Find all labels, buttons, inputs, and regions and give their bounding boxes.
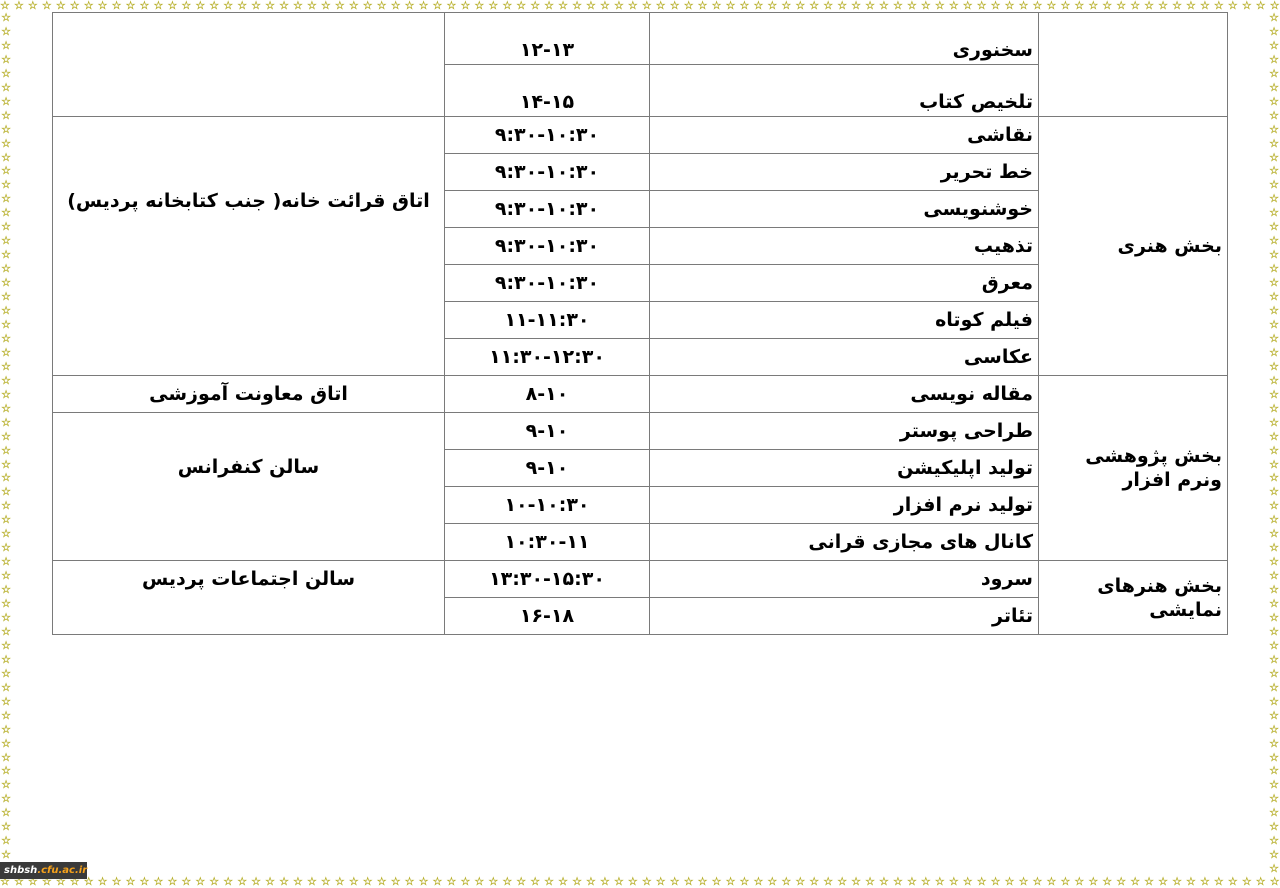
star-icon: ☆: [377, 876, 387, 888]
watermark-domain: .cfu.ac.ir: [37, 865, 87, 876]
star-icon: ☆: [991, 876, 1001, 888]
star-icon: ☆: [1172, 0, 1182, 12]
star-icon: ☆: [1, 165, 11, 177]
star-icon: ☆: [1, 68, 11, 80]
star-icon: ☆: [642, 876, 652, 888]
time-cell: ۹:۳۰-۱۰:۳۰: [445, 117, 650, 154]
star-icon: ☆: [977, 0, 987, 12]
section-cell: [1039, 13, 1228, 117]
star-icon: ☆: [433, 0, 443, 12]
star-icon: ☆: [1, 556, 11, 568]
star-icon: ☆: [1269, 277, 1279, 289]
activity-cell: سرود: [650, 561, 1039, 598]
star-icon: ☆: [502, 0, 512, 12]
activity-cell: تئاتر: [650, 598, 1039, 635]
star-icon: ☆: [140, 876, 150, 888]
star-icon: ☆: [586, 0, 596, 12]
time-cell: ۱۱-۱۱:۳۰: [445, 302, 650, 339]
star-icon: ☆: [1, 640, 11, 652]
activity-cell: تذهیب: [650, 228, 1039, 265]
star-icon: ☆: [1269, 849, 1279, 861]
star-icon: ☆: [1, 235, 11, 247]
star-icon: ☆: [1269, 403, 1279, 415]
star-icon: ☆: [1, 542, 11, 554]
star-icon: ☆: [1270, 0, 1280, 12]
star-icon: ☆: [670, 0, 680, 12]
star-icon: ☆: [460, 0, 470, 12]
section-cell-art: بخش هنری: [1039, 117, 1228, 376]
activity-cell: طراحی پوستر: [650, 413, 1039, 450]
star-icon: ☆: [1158, 0, 1168, 12]
star-icon: ☆: [1269, 779, 1279, 791]
star-icon: ☆: [963, 0, 973, 12]
star-icon: ☆: [1, 626, 11, 638]
star-icon: ☆: [823, 876, 833, 888]
star-icon: ☆: [140, 0, 150, 12]
star-icon: ☆: [1, 765, 11, 777]
star-icon: ☆: [167, 876, 177, 888]
star-icon: ☆: [1269, 361, 1279, 373]
star-icon: ☆: [1, 445, 11, 457]
star-icon: ☆: [879, 876, 889, 888]
star-icon: ☆: [1, 849, 11, 861]
star-icon: ☆: [167, 0, 177, 12]
activity-cell: تلخیص کتاب: [650, 65, 1039, 117]
star-border-top: ☆☆☆☆☆☆☆☆☆☆☆☆☆☆☆☆☆☆☆☆☆☆☆☆☆☆☆☆☆☆☆☆☆☆☆☆☆☆☆☆…: [0, 0, 1280, 12]
star-icon: ☆: [195, 0, 205, 12]
star-icon: ☆: [586, 876, 596, 888]
time-cell: ۱۱:۳۰-۱۲:۳۰: [445, 339, 650, 376]
star-icon: ☆: [488, 0, 498, 12]
star-icon: ☆: [98, 0, 108, 12]
star-icon: ☆: [1269, 668, 1279, 680]
star-icon: ☆: [405, 876, 415, 888]
star-icon: ☆: [447, 876, 457, 888]
star-icon: ☆: [1102, 876, 1112, 888]
star-icon: ☆: [795, 876, 805, 888]
star-icon: ☆: [865, 876, 875, 888]
star-icon: ☆: [1, 528, 11, 540]
star-icon: ☆: [1005, 0, 1015, 12]
star-icon: ☆: [84, 0, 94, 12]
star-icon: ☆: [363, 876, 373, 888]
star-icon: ☆: [419, 0, 429, 12]
star-icon: ☆: [433, 876, 443, 888]
star-icon: ☆: [1269, 612, 1279, 624]
star-icon: ☆: [851, 0, 861, 12]
star-icon: ☆: [781, 0, 791, 12]
star-icon: ☆: [949, 0, 959, 12]
star-icon: ☆: [1269, 765, 1279, 777]
star-icon: ☆: [1214, 0, 1224, 12]
star-icon: ☆: [1269, 710, 1279, 722]
star-icon: ☆: [209, 0, 219, 12]
star-icon: ☆: [1, 486, 11, 498]
star-icon: ☆: [544, 876, 554, 888]
star-icon: ☆: [1, 807, 11, 819]
star-icon: ☆: [1074, 0, 1084, 12]
location-cell-conference-hall: سالن کنفرانس: [53, 413, 445, 561]
star-icon: ☆: [1269, 724, 1279, 736]
time-cell: ۹:۳۰-۱۰:۳۰: [445, 265, 650, 302]
star-border-left: ☆☆☆☆☆☆☆☆☆☆☆☆☆☆☆☆☆☆☆☆☆☆☆☆☆☆☆☆☆☆☆☆☆☆☆☆☆☆☆☆…: [0, 12, 12, 876]
star-icon: ☆: [865, 0, 875, 12]
time-cell: ۱۳:۳۰-۱۵:۳۰: [445, 561, 650, 598]
star-icon: ☆: [656, 0, 666, 12]
location-cell-assembly-hall: سالن اجتماعات پردیس: [53, 561, 445, 635]
star-icon: ☆: [753, 876, 763, 888]
star-icon: ☆: [1, 668, 11, 680]
star-icon: ☆: [335, 876, 345, 888]
star-icon: ☆: [1269, 138, 1279, 150]
star-icon: ☆: [1130, 876, 1140, 888]
star-icon: ☆: [293, 0, 303, 12]
star-icon: ☆: [1269, 598, 1279, 610]
star-icon: ☆: [1269, 26, 1279, 38]
table-row: سخنوری ۱۲-۱۳: [53, 13, 1228, 65]
activity-cell: نقاشی: [650, 117, 1039, 154]
star-icon: ☆: [1, 82, 11, 94]
star-icon: ☆: [391, 876, 401, 888]
time-cell: ۹-۱۰: [445, 413, 650, 450]
table-row: بخش پژوهشی ونرم افزار مقاله نویسی ۸-۱۰ ا…: [53, 376, 1228, 413]
table-row: بخش هنری نقاشی ۹:۳۰-۱۰:۳۰ اتاق قرائت خان…: [53, 117, 1228, 154]
star-icon: ☆: [474, 0, 484, 12]
star-icon: ☆: [1269, 556, 1279, 568]
star-icon: ☆: [237, 876, 247, 888]
star-icon: ☆: [28, 0, 38, 12]
star-icon: ☆: [447, 0, 457, 12]
star-icon: ☆: [1269, 500, 1279, 512]
star-icon: ☆: [1, 682, 11, 694]
star-icon: ☆: [767, 0, 777, 12]
star-icon: ☆: [1269, 793, 1279, 805]
star-icon: ☆: [349, 876, 359, 888]
activity-cell: عکاسی: [650, 339, 1039, 376]
star-border-bottom: ☆☆☆☆☆☆☆☆☆☆☆☆☆☆☆☆☆☆☆☆☆☆☆☆☆☆☆☆☆☆☆☆☆☆☆☆☆☆☆☆…: [0, 876, 1280, 888]
star-icon: ☆: [1, 291, 11, 303]
star-icon: ☆: [1, 375, 11, 387]
star-icon: ☆: [1269, 431, 1279, 443]
star-icon: ☆: [1, 514, 11, 526]
star-icon: ☆: [1269, 863, 1279, 875]
star-icon: ☆: [1269, 54, 1279, 66]
star-icon: ☆: [795, 0, 805, 12]
star-icon: ☆: [321, 0, 331, 12]
star-icon: ☆: [530, 876, 540, 888]
activity-cell: فیلم کوتاه: [650, 302, 1039, 339]
time-cell: ۱۰:۳۰-۱۱: [445, 524, 650, 561]
star-icon: ☆: [1269, 235, 1279, 247]
star-icon: ☆: [1046, 0, 1056, 12]
star-icon: ☆: [670, 876, 680, 888]
star-icon: ☆: [1269, 752, 1279, 764]
star-icon: ☆: [0, 0, 10, 12]
star-icon: ☆: [1033, 876, 1043, 888]
star-icon: ☆: [1, 96, 11, 108]
star-icon: ☆: [544, 0, 554, 12]
star-icon: ☆: [1269, 193, 1279, 205]
time-cell: ۹-۱۰: [445, 450, 650, 487]
star-icon: ☆: [1228, 876, 1238, 888]
star-icon: ☆: [1, 152, 11, 164]
star-icon: ☆: [1269, 82, 1279, 94]
table-row: بخش هنرهای نمایشی سرود ۱۳:۳۰-۱۵:۳۰ سالن …: [53, 561, 1228, 598]
activity-cell: خط تحریر: [650, 154, 1039, 191]
star-icon: ☆: [1, 654, 11, 666]
star-icon: ☆: [1269, 514, 1279, 526]
star-icon: ☆: [153, 0, 163, 12]
star-icon: ☆: [1060, 0, 1070, 12]
star-icon: ☆: [307, 876, 317, 888]
star-icon: ☆: [112, 0, 122, 12]
star-icon: ☆: [809, 876, 819, 888]
star-icon: ☆: [377, 0, 387, 12]
star-icon: ☆: [1005, 876, 1015, 888]
star-icon: ☆: [698, 0, 708, 12]
star-icon: ☆: [1269, 445, 1279, 457]
star-icon: ☆: [558, 0, 568, 12]
star-icon: ☆: [1269, 40, 1279, 52]
star-icon: ☆: [893, 876, 903, 888]
star-icon: ☆: [1269, 152, 1279, 164]
star-icon: ☆: [1, 793, 11, 805]
star-icon: ☆: [1144, 876, 1154, 888]
star-icon: ☆: [1, 333, 11, 345]
star-icon: ☆: [1, 249, 11, 261]
star-icon: ☆: [1269, 207, 1279, 219]
star-icon: ☆: [1, 138, 11, 150]
star-icon: ☆: [1214, 876, 1224, 888]
star-icon: ☆: [851, 876, 861, 888]
star-icon: ☆: [753, 0, 763, 12]
star-icon: ☆: [656, 876, 666, 888]
star-icon: ☆: [837, 0, 847, 12]
star-icon: ☆: [1046, 876, 1056, 888]
star-icon: ☆: [1269, 319, 1279, 331]
star-icon: ☆: [921, 0, 931, 12]
star-icon: ☆: [1269, 221, 1279, 233]
star-icon: ☆: [1269, 696, 1279, 708]
activity-cell: مقاله نویسی: [650, 376, 1039, 413]
star-icon: ☆: [1, 193, 11, 205]
star-icon: ☆: [1, 319, 11, 331]
star-icon: ☆: [1, 54, 11, 66]
star-icon: ☆: [1, 347, 11, 359]
star-icon: ☆: [1, 724, 11, 736]
star-icon: ☆: [628, 876, 638, 888]
star-icon: ☆: [1269, 375, 1279, 387]
time-cell: ۱۴-۱۵: [445, 65, 650, 117]
star-icon: ☆: [1269, 12, 1279, 24]
star-icon: ☆: [1033, 0, 1043, 12]
star-icon: ☆: [223, 0, 233, 12]
activity-cell: کانال های مجازی قرانی: [650, 524, 1039, 561]
star-icon: ☆: [349, 0, 359, 12]
activity-cell: تولید اپلیکیشن: [650, 450, 1039, 487]
star-icon: ☆: [126, 0, 136, 12]
star-icon: ☆: [600, 876, 610, 888]
star-icon: ☆: [1, 12, 11, 24]
star-icon: ☆: [921, 876, 931, 888]
star-icon: ☆: [1, 584, 11, 596]
star-icon: ☆: [1270, 876, 1280, 888]
star-icon: ☆: [1242, 0, 1252, 12]
star-icon: ☆: [265, 0, 275, 12]
star-icon: ☆: [363, 0, 373, 12]
star-icon: ☆: [1116, 876, 1126, 888]
star-icon: ☆: [405, 0, 415, 12]
star-icon: ☆: [614, 876, 624, 888]
star-icon: ☆: [251, 876, 261, 888]
star-icon: ☆: [1256, 876, 1266, 888]
star-icon: ☆: [1269, 459, 1279, 471]
star-icon: ☆: [1269, 165, 1279, 177]
star-icon: ☆: [516, 876, 526, 888]
star-icon: ☆: [1269, 96, 1279, 108]
time-cell: ۹:۳۰-۱۰:۳۰: [445, 191, 650, 228]
star-icon: ☆: [781, 876, 791, 888]
star-icon: ☆: [1269, 738, 1279, 750]
star-icon: ☆: [963, 876, 973, 888]
time-cell: ۱۲-۱۳: [445, 13, 650, 65]
star-icon: ☆: [949, 876, 959, 888]
location-cell: [53, 13, 445, 117]
star-icon: ☆: [558, 876, 568, 888]
star-icon: ☆: [1, 26, 11, 38]
time-cell: ۱۰-۱۰:۳۰: [445, 487, 650, 524]
star-icon: ☆: [1228, 0, 1238, 12]
star-icon: ☆: [823, 0, 833, 12]
star-icon: ☆: [1269, 807, 1279, 819]
star-icon: ☆: [1, 124, 11, 136]
activity-cell: سخنوری: [650, 13, 1039, 65]
star-icon: ☆: [1, 821, 11, 833]
star-icon: ☆: [1, 738, 11, 750]
star-icon: ☆: [209, 876, 219, 888]
star-icon: ☆: [935, 0, 945, 12]
star-icon: ☆: [1269, 249, 1279, 261]
star-icon: ☆: [1, 612, 11, 624]
star-icon: ☆: [1060, 876, 1070, 888]
star-icon: ☆: [740, 0, 750, 12]
star-icon: ☆: [1269, 570, 1279, 582]
star-icon: ☆: [1102, 0, 1112, 12]
star-icon: ☆: [1269, 528, 1279, 540]
star-icon: ☆: [307, 0, 317, 12]
star-icon: ☆: [1, 431, 11, 443]
star-icon: ☆: [1269, 389, 1279, 401]
star-icon: ☆: [1269, 305, 1279, 317]
star-icon: ☆: [1269, 584, 1279, 596]
star-icon: ☆: [1269, 291, 1279, 303]
star-icon: ☆: [1, 459, 11, 471]
star-icon: ☆: [572, 876, 582, 888]
star-icon: ☆: [1, 263, 11, 275]
star-icon: ☆: [1144, 0, 1154, 12]
star-icon: ☆: [1269, 347, 1279, 359]
star-icon: ☆: [684, 0, 694, 12]
star-icon: ☆: [712, 876, 722, 888]
star-icon: ☆: [1, 696, 11, 708]
star-icon: ☆: [935, 876, 945, 888]
star-icon: ☆: [1, 305, 11, 317]
star-icon: ☆: [1019, 0, 1029, 12]
star-icon: ☆: [1269, 835, 1279, 847]
star-icon: ☆: [460, 876, 470, 888]
activity-cell: معرق: [650, 265, 1039, 302]
star-icon: ☆: [991, 0, 1001, 12]
star-icon: ☆: [279, 876, 289, 888]
star-icon: ☆: [1116, 0, 1126, 12]
time-cell: ۱۶-۱۸: [445, 598, 650, 635]
time-cell: ۸-۱۰: [445, 376, 650, 413]
star-icon: ☆: [1074, 876, 1084, 888]
star-icon: ☆: [1269, 179, 1279, 191]
star-icon: ☆: [1269, 654, 1279, 666]
star-icon: ☆: [740, 876, 750, 888]
star-icon: ☆: [1, 40, 11, 52]
star-icon: ☆: [1269, 124, 1279, 136]
star-icon: ☆: [502, 876, 512, 888]
star-icon: ☆: [153, 876, 163, 888]
star-icon: ☆: [126, 876, 136, 888]
star-icon: ☆: [767, 876, 777, 888]
star-icon: ☆: [223, 876, 233, 888]
star-icon: ☆: [1186, 0, 1196, 12]
star-icon: ☆: [419, 876, 429, 888]
star-icon: ☆: [181, 0, 191, 12]
section-cell-research: بخش پژوهشی ونرم افزار: [1039, 376, 1228, 561]
star-icon: ☆: [684, 876, 694, 888]
star-icon: ☆: [1, 221, 11, 233]
star-icon: ☆: [1200, 876, 1210, 888]
star-icon: ☆: [516, 0, 526, 12]
star-icon: ☆: [628, 0, 638, 12]
star-icon: ☆: [1019, 876, 1029, 888]
star-icon: ☆: [879, 0, 889, 12]
star-icon: ☆: [1, 835, 11, 847]
schedule-table: سخنوری ۱۲-۱۳ تلخیص کتاب ۱۴-۱۵ بخش هنری ن…: [52, 12, 1228, 635]
star-icon: ☆: [195, 876, 205, 888]
star-icon: ☆: [572, 0, 582, 12]
star-icon: ☆: [56, 0, 66, 12]
star-icon: ☆: [1, 417, 11, 429]
star-icon: ☆: [907, 0, 917, 12]
star-icon: ☆: [1269, 821, 1279, 833]
star-icon: ☆: [712, 0, 722, 12]
star-icon: ☆: [1242, 876, 1252, 888]
star-icon: ☆: [809, 0, 819, 12]
star-icon: ☆: [474, 876, 484, 888]
star-icon: ☆: [837, 876, 847, 888]
star-icon: ☆: [1269, 682, 1279, 694]
star-icon: ☆: [98, 876, 108, 888]
section-cell-performing-arts: بخش هنرهای نمایشی: [1039, 561, 1228, 635]
star-icon: ☆: [1269, 542, 1279, 554]
star-icon: ☆: [237, 0, 247, 12]
star-icon: ☆: [1, 500, 11, 512]
star-icon: ☆: [1, 179, 11, 191]
location-cell-reading-room: اتاق قرائت خانه( جنب کتابخانه پردیس): [53, 117, 445, 376]
star-icon: ☆: [698, 876, 708, 888]
star-icon: ☆: [1, 110, 11, 122]
star-icon: ☆: [335, 0, 345, 12]
star-icon: ☆: [1, 403, 11, 415]
star-icon: ☆: [265, 876, 275, 888]
star-icon: ☆: [1, 752, 11, 764]
star-icon: ☆: [1269, 472, 1279, 484]
